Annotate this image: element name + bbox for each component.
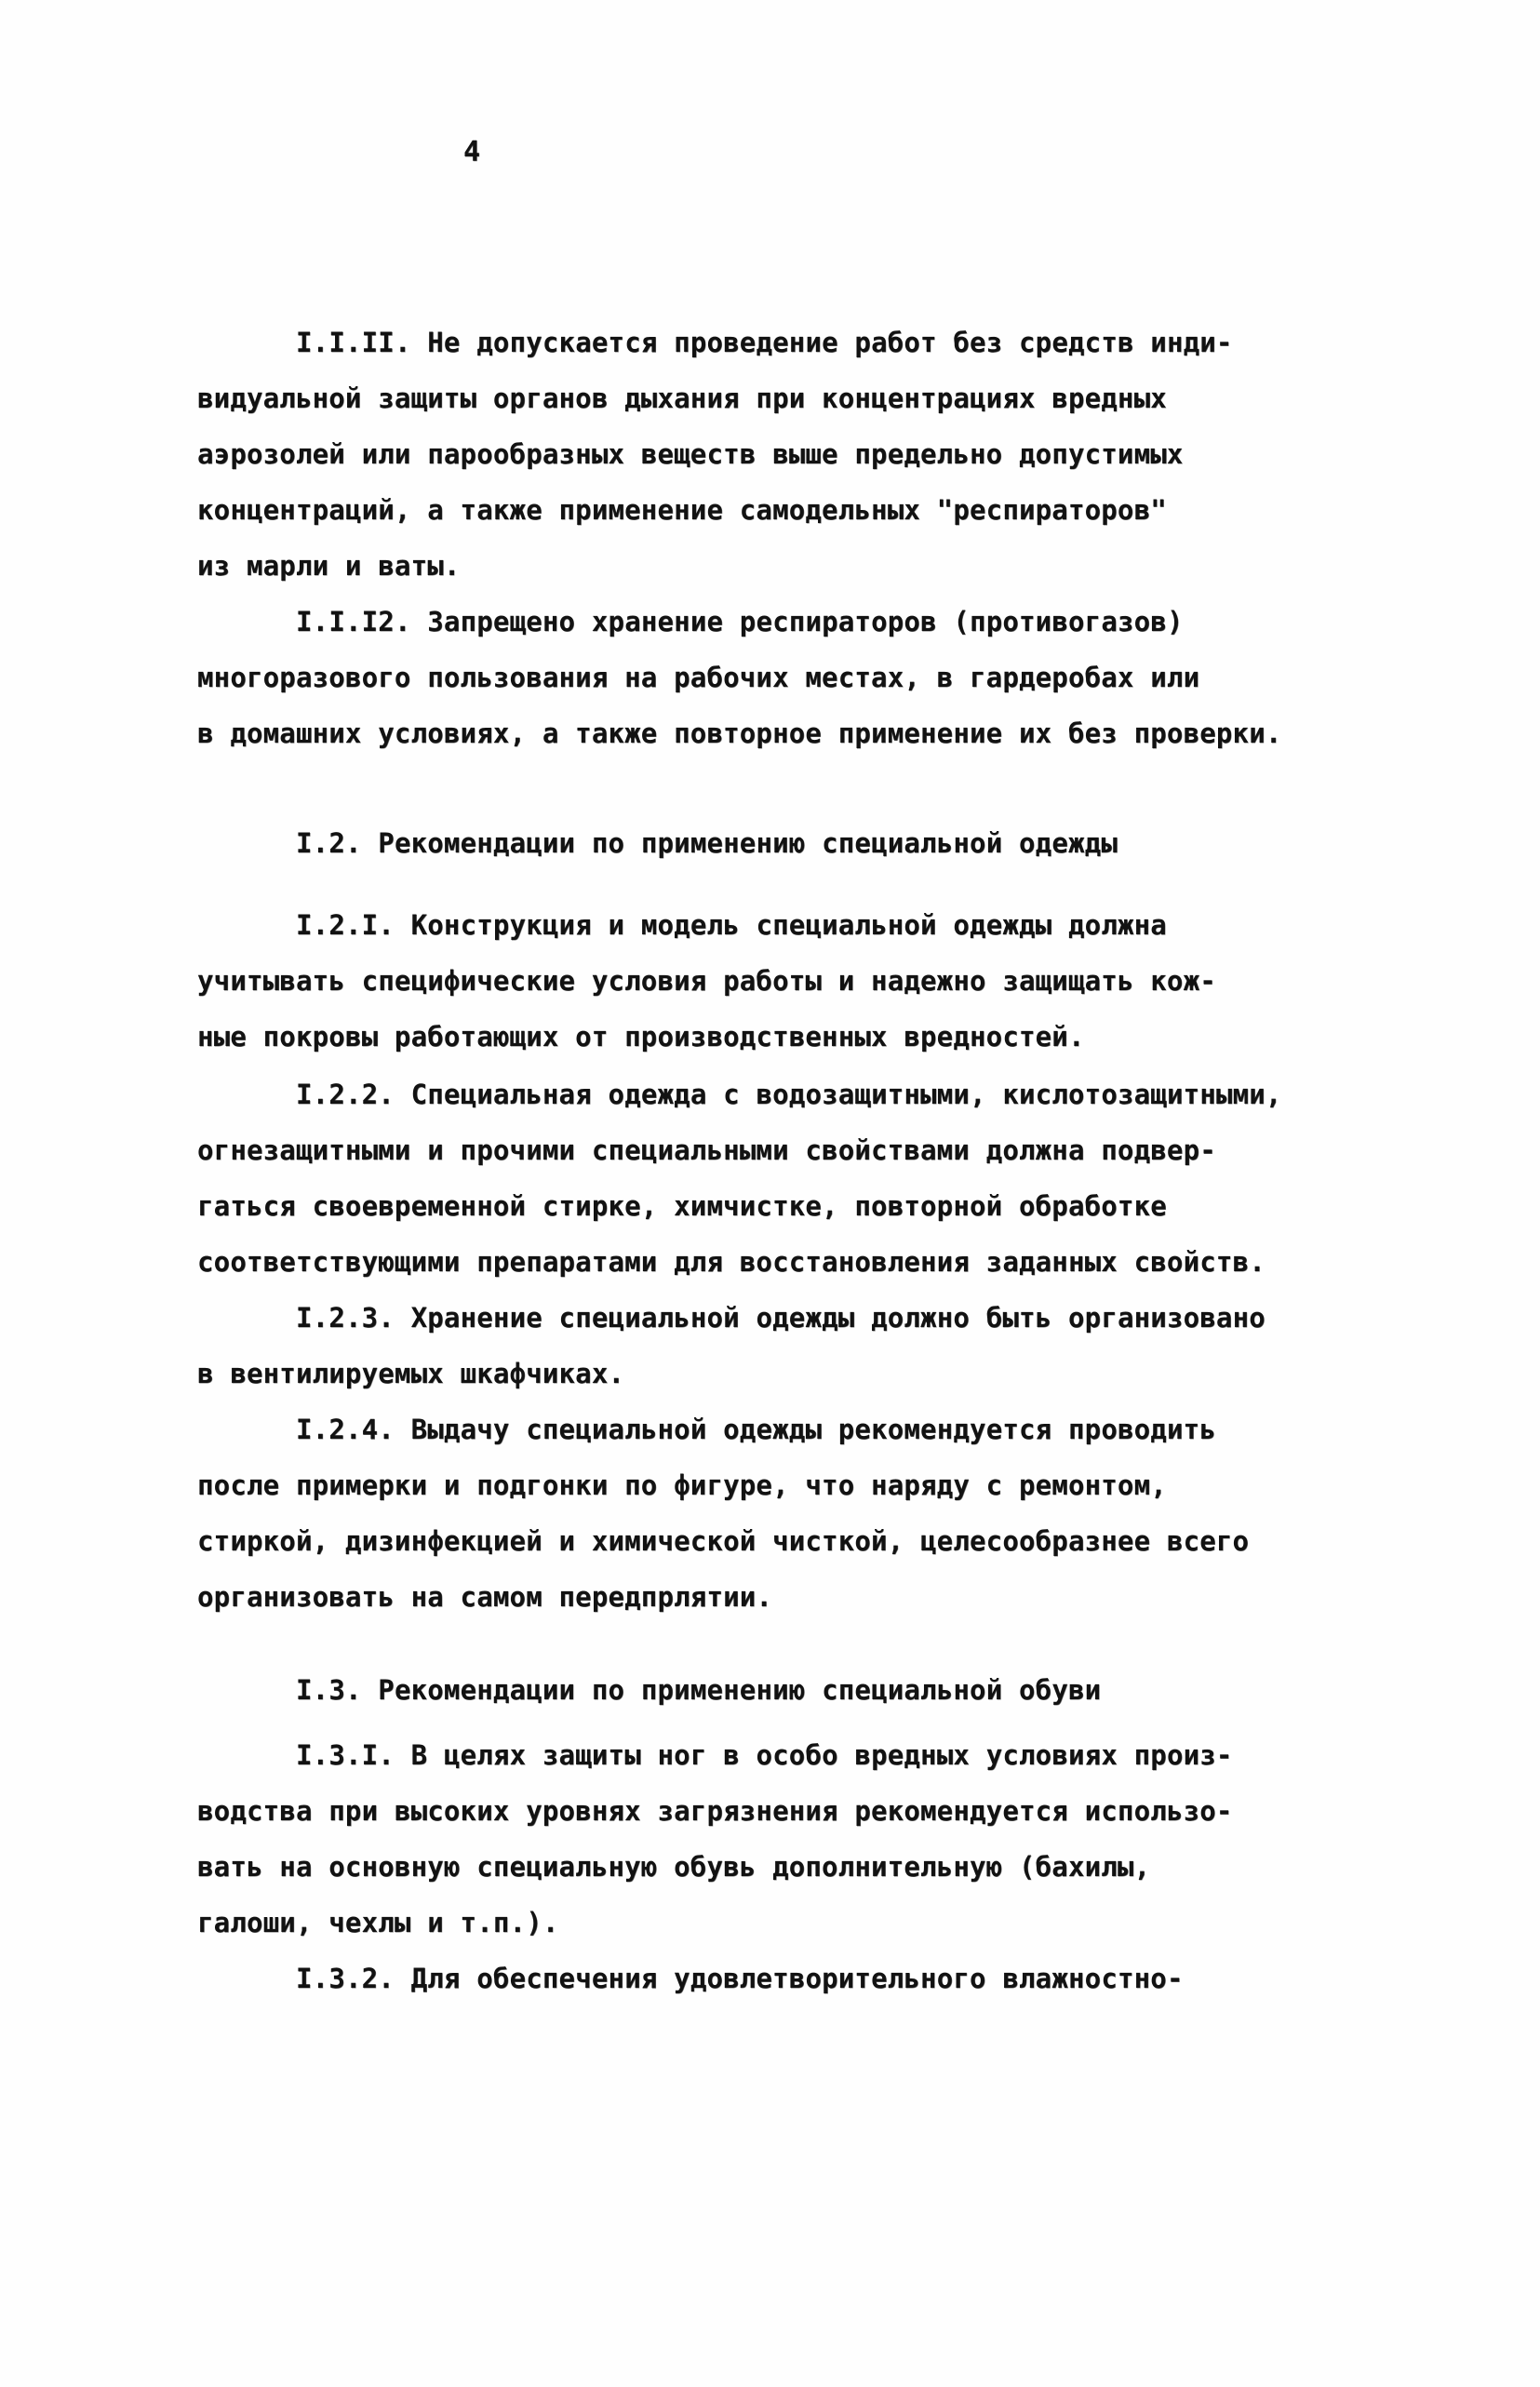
text-line: концентраций, а также применение самодел… xyxy=(197,482,1407,538)
text-line: из марли и ваты. xyxy=(197,538,1407,594)
text-line: I.2.2. Специальная одежда с водозащитным… xyxy=(197,1066,1407,1122)
text-line: вать на основную специальную обувь допол… xyxy=(197,1839,1407,1895)
document-page: 4 I.I.II. Не допускается проведение рабо… xyxy=(0,0,1540,2387)
text-line: I.3.I. В целях защиты ног в особо вредны… xyxy=(197,1727,1407,1783)
document-text: I.I.II. Не допускается проведение работ … xyxy=(197,0,1407,2006)
text-line: организовать на самом передпрлятии. xyxy=(197,1569,1407,1625)
text-line: ные покровы работающих от производственн… xyxy=(197,1009,1407,1065)
text-line: стиркой, дизинфекцией и химической чистк… xyxy=(197,1513,1407,1569)
text-line: I.I.I2. Запрещено хранение респираторов … xyxy=(197,594,1407,650)
text-line: гаться своевременной стирке, химчистке, … xyxy=(197,1178,1407,1234)
paragraph: I.2.4. Выдачу специальной одежды рекомен… xyxy=(197,1401,1407,1625)
section-heading: I.2. Рекомендации по применению специаль… xyxy=(197,815,1407,871)
paragraph: I.3.2. Для обеспечения удовлетворительно… xyxy=(197,1951,1407,2006)
text-line: I.3. Рекомендации по применению специаль… xyxy=(197,1662,1407,1718)
text-line: I.2.3. Хранение специальной одежды должн… xyxy=(197,1290,1407,1346)
text-line: галоши, чехлы и т.п.). xyxy=(197,1895,1407,1951)
text-line: после примерки и подгонки по фигуре, что… xyxy=(197,1457,1407,1513)
text-line: I.2.I. Конструкция и модель специальной … xyxy=(197,897,1407,953)
text-line: огнезащитными и прочими специальными сво… xyxy=(197,1122,1407,1178)
text-line: учитывать специфические условия работы и… xyxy=(197,953,1407,1009)
paragraph: I.I.II. Не допускается проведение работ … xyxy=(197,315,1407,594)
paragraph: I.3.I. В целях защиты ног в особо вредны… xyxy=(197,1727,1407,1951)
paragraph: I.I.I2. Запрещено хранение респираторов … xyxy=(197,594,1407,761)
text-line: водства при высоких уровнях загрязнения … xyxy=(197,1783,1407,1839)
paragraph: I.2.2. Специальная одежда с водозащитным… xyxy=(197,1066,1407,1290)
text-line: в домашних условиях, а также повторное п… xyxy=(197,705,1407,761)
text-line: видуальной защиты органов дыхания при ко… xyxy=(197,370,1407,426)
text-line: в вентилируемых шкафчиках. xyxy=(197,1346,1407,1401)
text-line: многоразового пользования на рабочих мес… xyxy=(197,650,1407,705)
text-line: I.2.4. Выдачу специальной одежды рекомен… xyxy=(197,1401,1407,1457)
paragraph: I.2.I. Конструкция и модель специальной … xyxy=(197,897,1407,1065)
text-line: I.I.II. Не допускается проведение работ … xyxy=(197,315,1407,370)
text-line: соответствующими препаратами для восстан… xyxy=(197,1234,1407,1290)
section-heading: I.3. Рекомендации по применению специаль… xyxy=(197,1662,1407,1718)
text-line: I.3.2. Для обеспечения удовлетворительно… xyxy=(197,1951,1407,2006)
text-line: аэрозолей или парообразных веществ выше … xyxy=(197,426,1407,482)
text-line: I.2. Рекомендации по применению специаль… xyxy=(197,815,1407,871)
paragraph: I.2.3. Хранение специальной одежды должн… xyxy=(197,1290,1407,1401)
